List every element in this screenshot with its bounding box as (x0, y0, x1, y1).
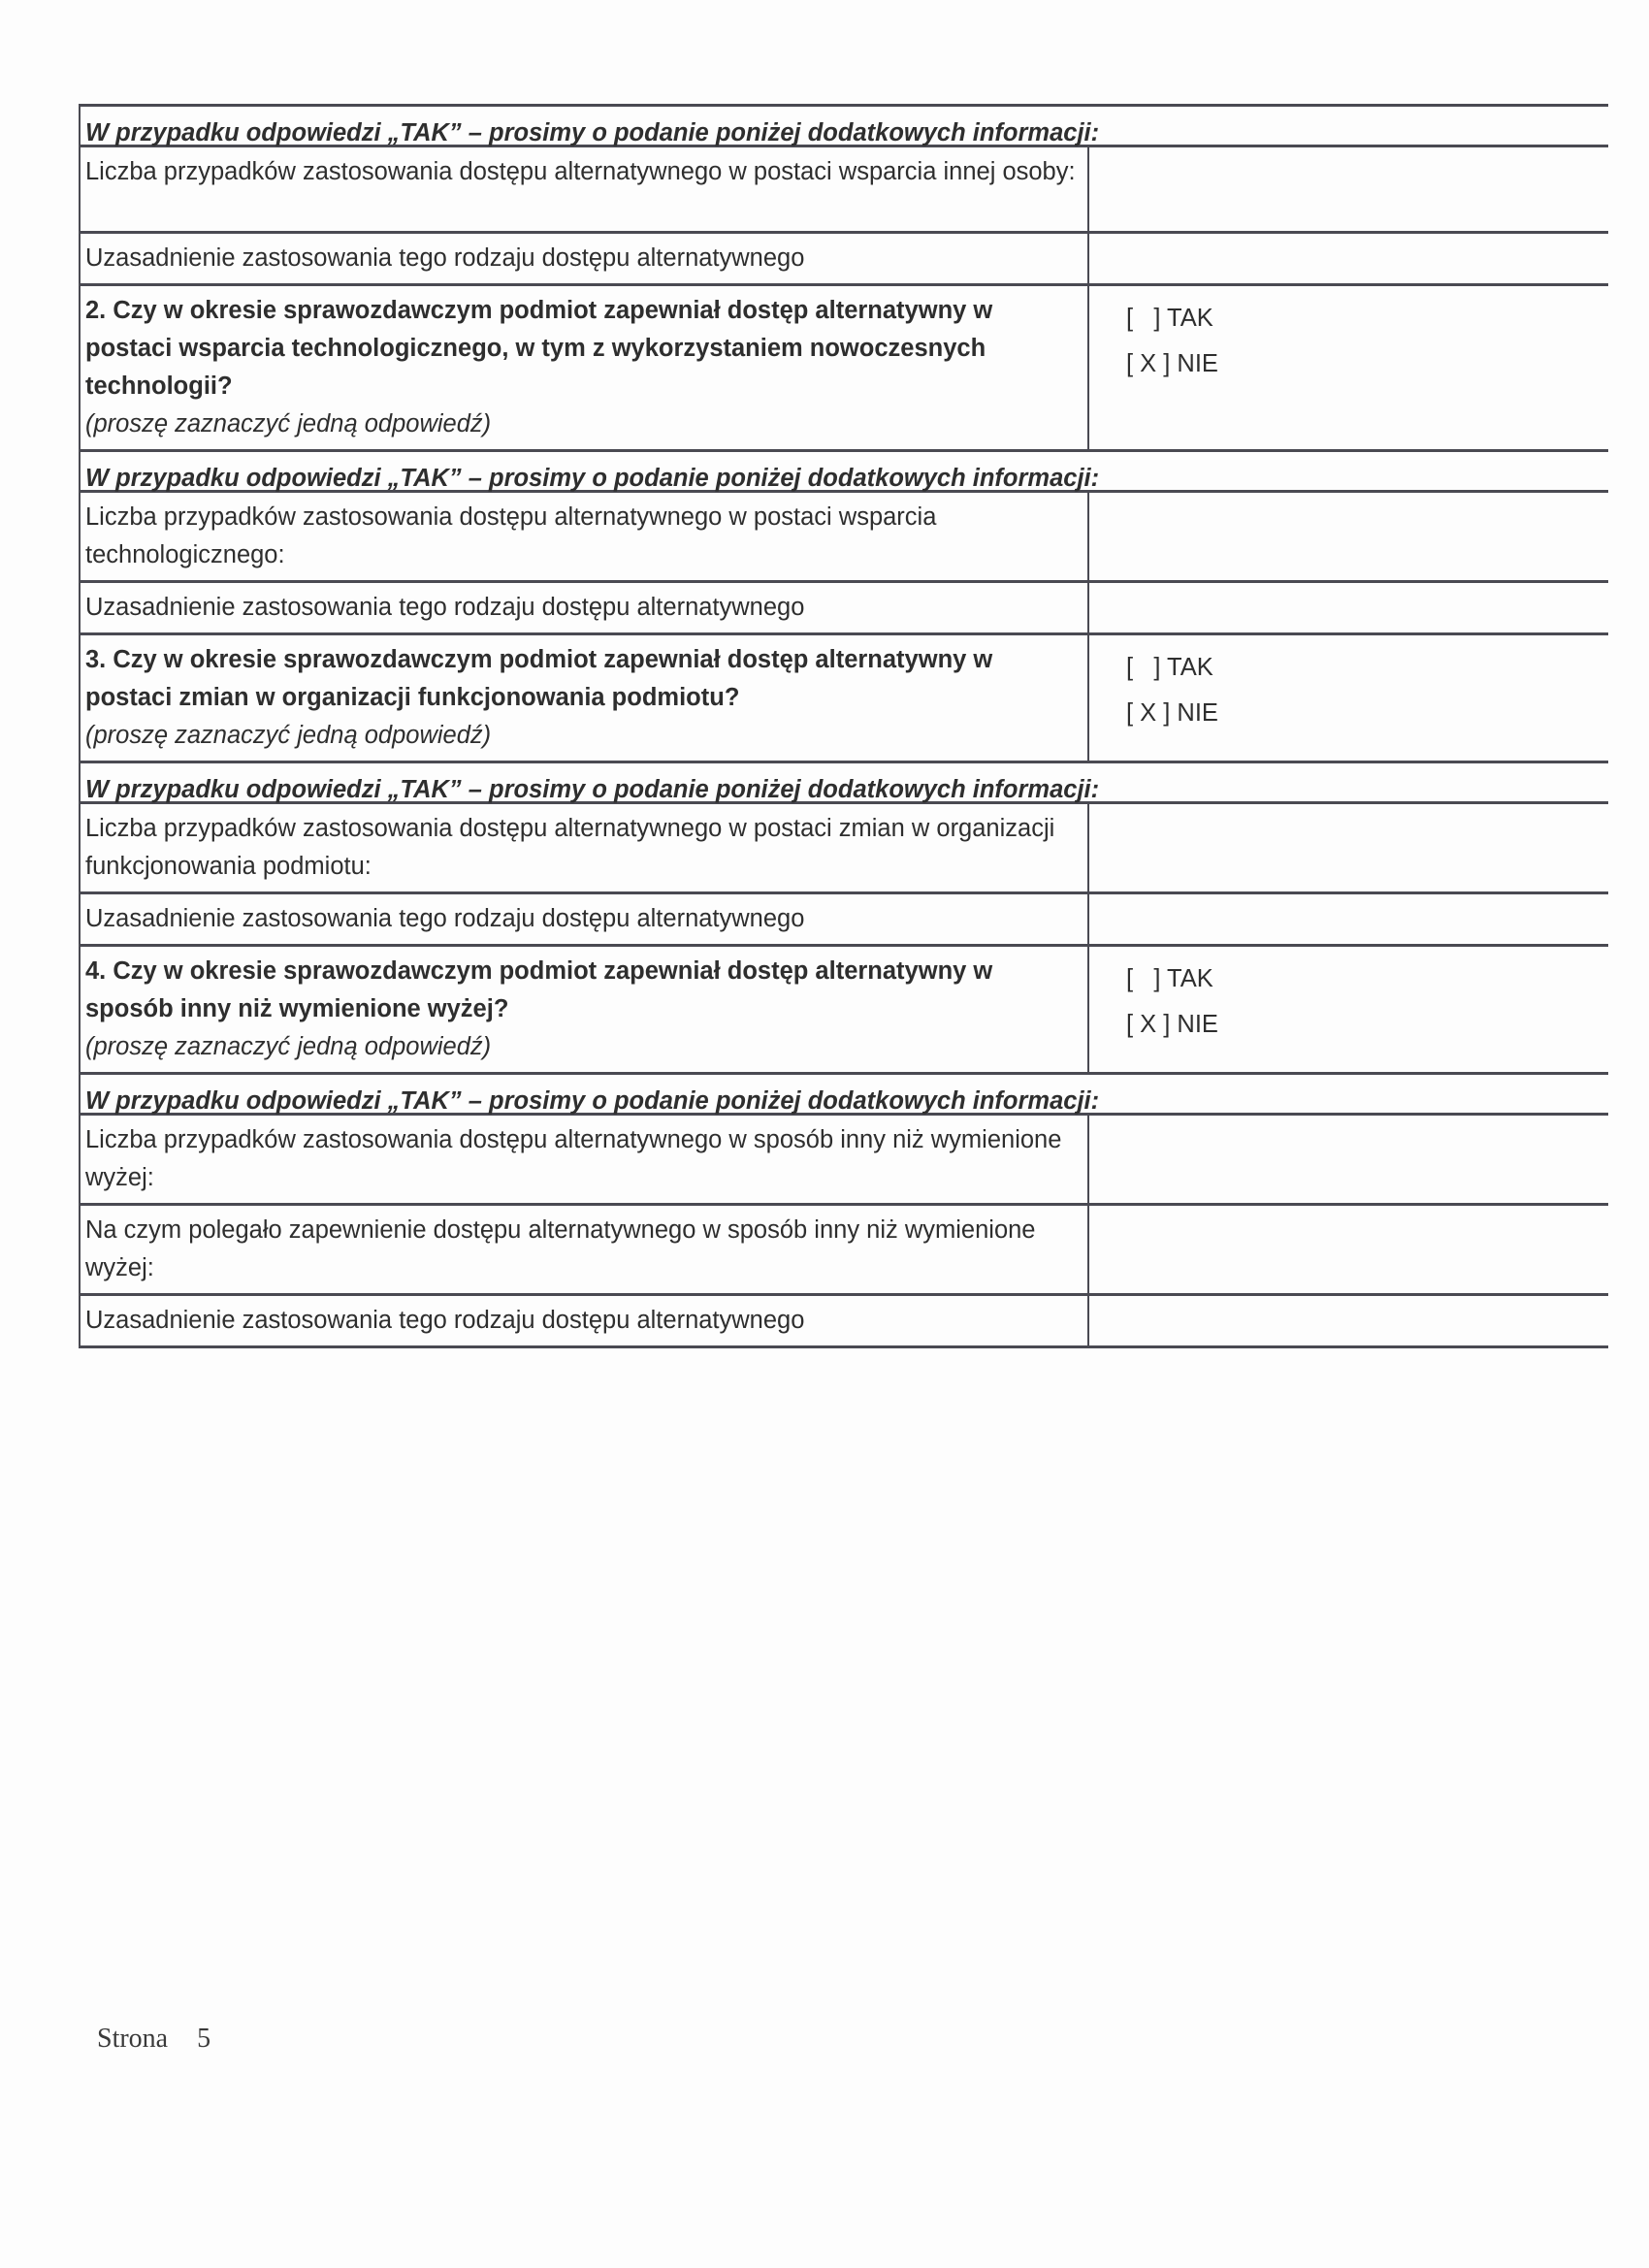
details-header: W przypadku odpowiedzi „TAK” – prosimy o… (79, 452, 1608, 493)
field-value-input[interactable] (1089, 894, 1608, 944)
details-header: W przypadku odpowiedzi „TAK” – prosimy o… (79, 763, 1608, 804)
details-header: W przypadku odpowiedzi „TAK” – prosimy o… (79, 107, 1608, 147)
question-hint: (proszę zaznaczyć jedną odpowiedź) (85, 717, 1082, 755)
field-label: Liczba przypadków zastosowania dostępu a… (81, 147, 1089, 231)
details-header-text: W przypadku odpowiedzi „TAK” – prosimy o… (81, 1079, 1608, 1119)
question-row-2: 2. Czy w okresie sprawozdawczym podmiot … (79, 286, 1608, 452)
option-nie-checkbox[interactable]: [ X ] NIE (1126, 341, 1608, 387)
details-header-text: W przypadku odpowiedzi „TAK” – prosimy o… (81, 767, 1608, 808)
field-label: Uzasadnienie zastosowania tego rodzaju d… (81, 894, 1089, 944)
answer-options: [ ] TAK [ X ] NIE (1089, 947, 1608, 1072)
answer-options: [ ] TAK [ X ] NIE (1089, 635, 1608, 761)
field-row: Liczba przypadków zastosowania dostępu a… (79, 493, 1608, 583)
page-number: 5 (197, 2024, 210, 2054)
answer-options: [ ] TAK [ X ] NIE (1089, 286, 1608, 449)
question-row-4: 4. Czy w okresie sprawozdawczym podmiot … (79, 947, 1608, 1075)
field-row: Uzasadnienie zastosowania tego rodzaju d… (79, 1296, 1608, 1348)
option-nie-checkbox[interactable]: [ X ] NIE (1126, 691, 1608, 736)
field-label: Na czym polegało zapewnienie dostępu alt… (81, 1206, 1089, 1293)
field-label: Uzasadnienie zastosowania tego rodzaju d… (81, 1296, 1089, 1345)
page-label: Strona (97, 2024, 168, 2054)
question-text: 3. Czy w okresie sprawozdawczym podmiot … (85, 641, 1082, 717)
question-cell: 3. Czy w okresie sprawozdawczym podmiot … (81, 635, 1089, 761)
field-label: Liczba przypadków zastosowania dostępu a… (81, 493, 1089, 580)
field-value-input[interactable] (1089, 804, 1608, 891)
field-value-input[interactable] (1089, 1206, 1608, 1293)
details-header-text: W przypadku odpowiedzi „TAK” – prosimy o… (81, 456, 1608, 497)
question-cell: 4. Czy w okresie sprawozdawczym podmiot … (81, 947, 1089, 1072)
option-nie-checkbox[interactable]: [ X ] NIE (1126, 1002, 1608, 1048)
question-cell: 2. Czy w okresie sprawozdawczym podmiot … (81, 286, 1089, 449)
field-label: Uzasadnienie zastosowania tego rodzaju d… (81, 234, 1089, 283)
field-row: Uzasadnienie zastosowania tego rodzaju d… (79, 583, 1608, 635)
field-value-input[interactable] (1089, 493, 1608, 580)
field-row: Liczba przypadków zastosowania dostępu a… (79, 147, 1608, 234)
question-hint: (proszę zaznaczyć jedną odpowiedź) (85, 1028, 1082, 1066)
option-tak-checkbox[interactable]: [ ] TAK (1126, 645, 1608, 691)
field-value-input[interactable] (1089, 1296, 1608, 1345)
field-value-input[interactable] (1089, 1116, 1608, 1203)
question-row-3: 3. Czy w okresie sprawozdawczym podmiot … (79, 635, 1608, 763)
field-row: Liczba przypadków zastosowania dostępu a… (79, 804, 1608, 894)
field-value-input[interactable] (1089, 234, 1608, 283)
form-table: W przypadku odpowiedzi „TAK” – prosimy o… (79, 104, 1608, 1348)
details-header-text: W przypadku odpowiedzi „TAK” – prosimy o… (81, 111, 1608, 151)
field-label: Liczba przypadków zastosowania dostępu a… (81, 1116, 1089, 1203)
field-label: Liczba przypadków zastosowania dostępu a… (81, 804, 1089, 891)
field-label: Uzasadnienie zastosowania tego rodzaju d… (81, 583, 1089, 632)
details-header: W przypadku odpowiedzi „TAK” – prosimy o… (79, 1075, 1608, 1116)
field-value-input[interactable] (1089, 147, 1608, 231)
page-footer: Strona5 (97, 2024, 210, 2055)
option-tak-checkbox[interactable]: [ ] TAK (1126, 296, 1608, 341)
option-tak-checkbox[interactable]: [ ] TAK (1126, 956, 1608, 1002)
field-value-input[interactable] (1089, 583, 1608, 632)
question-hint: (proszę zaznaczyć jedną odpowiedź) (85, 405, 1082, 443)
field-row: Na czym polegało zapewnienie dostępu alt… (79, 1206, 1608, 1296)
field-row: Uzasadnienie zastosowania tego rodzaju d… (79, 234, 1608, 286)
field-row: Uzasadnienie zastosowania tego rodzaju d… (79, 894, 1608, 947)
field-row: Liczba przypadków zastosowania dostępu a… (79, 1116, 1608, 1206)
question-text: 4. Czy w okresie sprawozdawczym podmiot … (85, 953, 1082, 1028)
question-text: 2. Czy w okresie sprawozdawczym podmiot … (85, 292, 1082, 405)
